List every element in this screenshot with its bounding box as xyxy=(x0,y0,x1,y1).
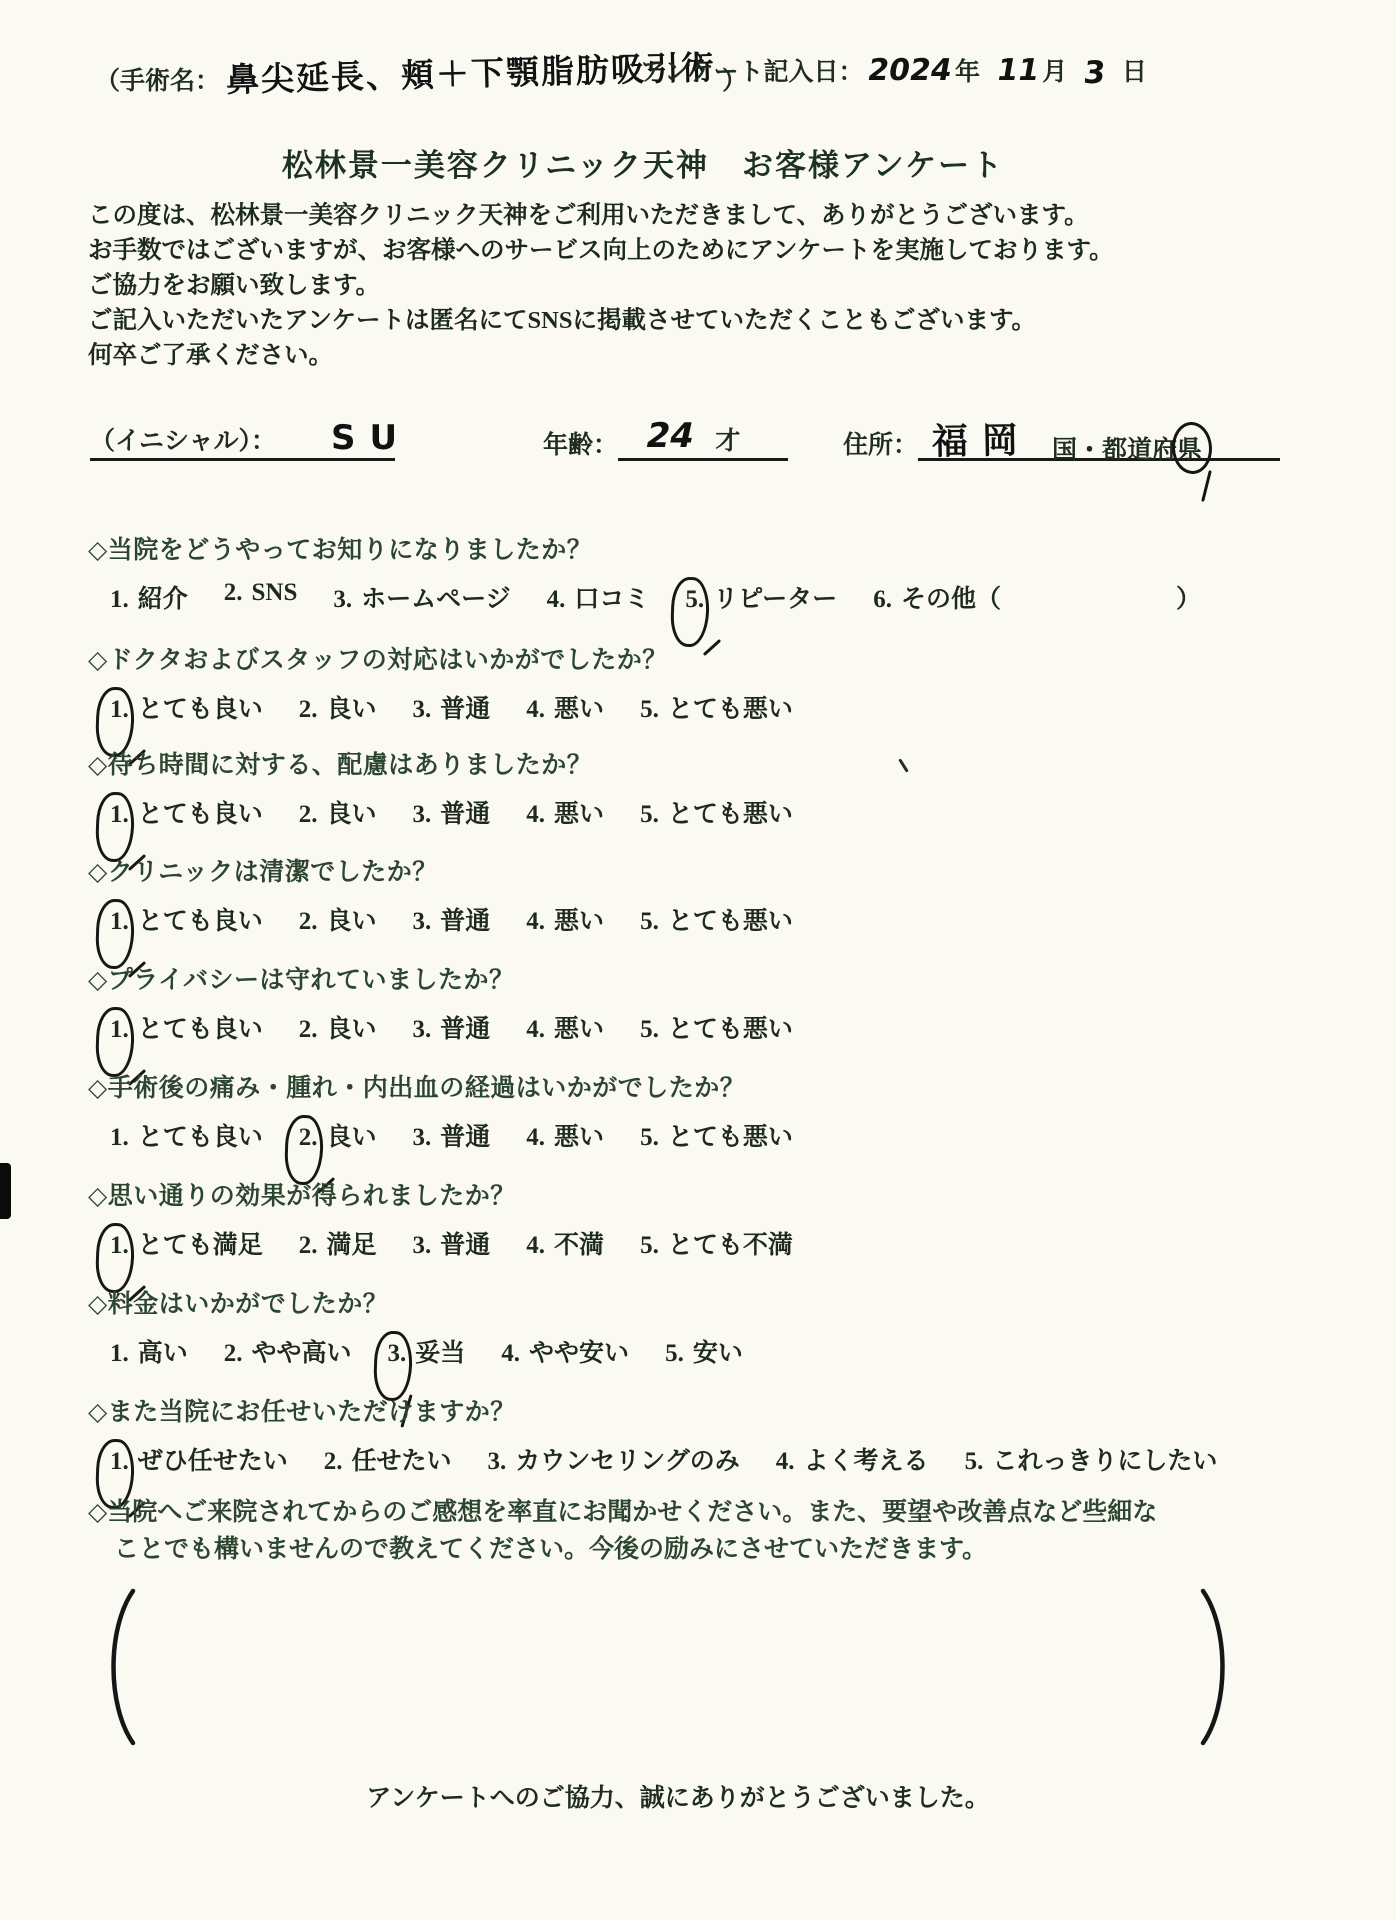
question-block-5: ◇プライバシーは守れていましたか？ 1.とても良い 2.良い 3.普通 4.悪い… xyxy=(88,960,1388,1045)
option: 3.カウンセリングのみ xyxy=(488,1441,740,1477)
date-month-handwritten: 11 xyxy=(993,53,1041,88)
scan-edge-artifact xyxy=(0,1163,11,1219)
option-label: 普通 xyxy=(440,689,490,725)
scanned-survey-page: （手術名：鼻尖延長、頬＋下顎脂肪吸引術） アンケート記入日：2024年 11月 … xyxy=(0,0,1396,1920)
option-number-circled: 2. xyxy=(299,1124,318,1152)
option: 4.悪い xyxy=(526,1009,604,1045)
option: 1.ぜひ任せたい xyxy=(110,1441,288,1477)
intro-line: ご記入いただいたアンケートは匿名にてSNSに掲載させていただくこともございます。 xyxy=(88,303,1338,338)
survey-date-line: アンケート記入日：2024年 11月 3 日 xyxy=(640,52,1147,88)
question-options: 1.とても満足 2.満足 3.普通 4.不満 5.とても不満 xyxy=(110,1225,1388,1261)
option: 4.やや安い xyxy=(501,1333,629,1369)
option: 1.紹介 xyxy=(110,579,188,615)
question-options: 1.とても良い 2.良い 3.普通 4.悪い 5.とても悪い xyxy=(110,1009,1388,1045)
option-label: 妥当 xyxy=(415,1333,465,1369)
option-label: やや安い xyxy=(529,1333,629,1369)
option-label: 普通 xyxy=(440,1009,490,1045)
option: 3.普通 xyxy=(413,1117,491,1153)
option-label: とても良い xyxy=(138,901,263,937)
option-label: 悪い xyxy=(554,901,604,937)
date-year-handwritten: 2024 xyxy=(864,53,954,88)
option: 4.悪い xyxy=(526,901,604,937)
option-number: 4. xyxy=(526,1124,545,1152)
option-number: 4. xyxy=(547,586,566,614)
option: 4.口コミ xyxy=(547,579,650,615)
intro-line: 何卒ご了承ください。 xyxy=(88,338,1338,373)
date-day-handwritten: 3 xyxy=(1082,55,1107,91)
option-label: やや高い xyxy=(252,1333,352,1369)
option-label: 悪い xyxy=(554,1117,604,1153)
option-number: 4. xyxy=(776,1448,795,1476)
question-heading: ◇ドクタおよびスタッフの対応はいかがでしたか？ xyxy=(88,640,1388,676)
option-label: 良い xyxy=(327,1009,377,1045)
option: 5.とても悪い xyxy=(640,1117,793,1153)
option-number: 5. xyxy=(640,1016,659,1044)
intro-line: お手数ではございますが、お客様へのサービス向上のためにアンケートを実施しておりま… xyxy=(88,233,1338,268)
surgery-label-prefix: （手術名： xyxy=(95,68,220,95)
option-number: 2. xyxy=(224,579,243,607)
option-number: 1. xyxy=(110,1124,129,1152)
age-value-handwritten: 24 xyxy=(642,416,698,456)
option: 5.とても悪い xyxy=(640,1009,793,1045)
option: 4.よく考える xyxy=(776,1441,929,1477)
option: 4.悪い xyxy=(526,794,604,830)
option-number: 4. xyxy=(526,908,545,936)
option-number: 4. xyxy=(526,696,545,724)
question-block-3: ◇待ち時間に対する、配慮はありましたか？ 1.とても良い 2.良い 3.普通 4… xyxy=(88,745,1388,830)
option-label: 安い xyxy=(693,1333,743,1369)
question-block-2: ◇ドクタおよびスタッフの対応はいかがでしたか？ 1.とても良い 2.良い 3.普… xyxy=(88,640,1388,725)
option: 1.高い xyxy=(110,1333,188,1369)
option: 1.とても満足 xyxy=(110,1225,263,1261)
date-month-unit: 月 xyxy=(1042,59,1067,86)
option-number: 4. xyxy=(526,801,545,829)
option: 4.悪い xyxy=(526,1117,604,1153)
option-label: とても悪い xyxy=(668,794,793,830)
option-label: その他（ ） xyxy=(901,579,1201,615)
option-number: 3. xyxy=(413,908,432,936)
question-block-1: ◇当院をどうやってお知りになりましたか？ 1.紹介 2.SNS 3.ホームページ… xyxy=(88,530,1388,615)
option-label: とても悪い xyxy=(668,901,793,937)
option: 3.妥当 xyxy=(388,1333,466,1369)
option-number: 6. xyxy=(873,586,892,614)
free-comment-prompt: ◇当院へご来院されてからのご感想を率直にお聞かせください。また、要望や改善点など… xyxy=(88,1494,1368,1568)
address-region-label: 国・都道府 xyxy=(1052,437,1177,464)
option-label: とても悪い xyxy=(668,1117,793,1153)
age-label: 年齢： xyxy=(543,432,618,459)
address-field: 住所：福岡国・都道府県 xyxy=(843,418,1280,461)
question-options: 1.紹介 2.SNS 3.ホームページ 4.口コミ 5.リピーター 6.その他（… xyxy=(110,579,1388,615)
question-block-9: ◇また当院にお任せいただけますか？ 1.ぜひ任せたい 2.任せたい 3.カウンセ… xyxy=(88,1392,1388,1477)
closing-thanks: アンケートへのご協力、誠にありがとうございました。 xyxy=(0,1778,1376,1814)
option-number: 2. xyxy=(299,696,318,724)
question-block-8: ◇料金はいかがでしたか？ 1.高い 2.やや高い 3.妥当 4.やや安い 5.安… xyxy=(88,1284,1388,1369)
question-options: 1.とても良い 2.良い 3.普通 4.悪い 5.とても悪い xyxy=(110,689,1388,725)
option-number: 3. xyxy=(413,1124,432,1152)
option-number: 5. xyxy=(640,801,659,829)
intro-line: ご協力をお願い致します。 xyxy=(88,268,1338,303)
option-number-circled: 1. xyxy=(110,1448,129,1476)
option-number: 2. xyxy=(299,908,318,936)
option-number: 1. xyxy=(110,586,129,614)
address-ken-circled: 県 xyxy=(1177,430,1202,466)
option-label: 高い xyxy=(138,1333,188,1369)
option: 2.SNS xyxy=(224,579,298,615)
option: 1.とても良い xyxy=(110,1117,263,1153)
question-block-7: ◇思い通りの効果が得られましたか？ 1.とても満足 2.満足 3.普通 4.不満… xyxy=(88,1176,1388,1261)
initial-value-handwritten: SU xyxy=(331,418,411,458)
question-options: 1.高い 2.やや高い 3.妥当 4.やや安い 5.安い xyxy=(110,1333,1388,1369)
question-heading: ◇クリニックは清潔でしたか？ xyxy=(88,852,1388,888)
initial-label: （イニシャル）： xyxy=(90,428,276,455)
option-label: とても不満 xyxy=(668,1225,793,1261)
question-options: 1.とても良い 2.良い 3.普通 4.悪い 5.とても悪い xyxy=(110,901,1388,937)
option-number-circled: 1. xyxy=(110,696,129,724)
option-label: リピーター xyxy=(713,579,837,615)
option: 2.任せたい xyxy=(324,1441,452,1477)
question-heading: ◇また当院にお任せいただけますか？ xyxy=(88,1392,1388,1428)
option: 3.普通 xyxy=(413,794,491,830)
option: 3.普通 xyxy=(413,901,491,937)
option-number-circled: 1. xyxy=(110,801,129,829)
option-label: 普通 xyxy=(440,1225,490,1261)
free-comment-line: ◇当院へご来院されてからのご感想を率直にお聞かせください。また、要望や改善点など… xyxy=(88,1494,1368,1531)
option-number: 5. xyxy=(640,908,659,936)
question-block-6: ◇手術後の痛み・腫れ・内出血の経過はいかがでしたか？ 1.とても良い 2.良い … xyxy=(88,1068,1388,1153)
option: 3.普通 xyxy=(413,689,491,725)
question-heading: ◇思い通りの効果が得られましたか？ xyxy=(88,1176,1388,1212)
option: 1.とても良い xyxy=(110,901,263,937)
date-day-unit: 日 xyxy=(1122,59,1147,86)
option: 5.リピーター xyxy=(685,579,837,615)
option: 1.とても良い xyxy=(110,794,263,830)
option-label: 悪い xyxy=(554,1009,604,1045)
option-number-circled: 1. xyxy=(110,1232,129,1260)
option-number-circled: 3. xyxy=(388,1340,407,1368)
option-number: 3. xyxy=(488,1448,507,1476)
option-number-circled: 1. xyxy=(110,908,129,936)
question-heading: ◇待ち時間に対する、配慮はありましたか？ xyxy=(88,745,1388,781)
comment-area-right-bracket xyxy=(1198,1586,1236,1748)
free-comment-line: ことでも構いませんので教えてください。今後の励みにさせていただきます。 xyxy=(114,1531,1368,1568)
option-number: 3. xyxy=(413,1232,432,1260)
option: 2.良い xyxy=(299,901,377,937)
option-label: カウンセリングのみ xyxy=(515,1441,740,1477)
option: 5.安い xyxy=(665,1333,743,1369)
option: 5.とても悪い xyxy=(640,689,793,725)
option-label: とても良い xyxy=(138,689,263,725)
option-label: とても良い xyxy=(138,794,263,830)
address-value-handwritten: 福岡 xyxy=(931,412,1032,465)
option-label: これっきりにしたい xyxy=(992,1441,1217,1477)
question-options: 1.とても良い 2.良い 3.普通 4.悪い 5.とても悪い xyxy=(110,1117,1388,1153)
option-number: 2. xyxy=(299,1232,318,1260)
option: 5.とても不満 xyxy=(640,1225,793,1261)
option: 2.良い xyxy=(299,1009,377,1045)
option: 6.その他（ ） xyxy=(873,579,1201,615)
option-label: SNS xyxy=(252,579,298,607)
option-label: 不満 xyxy=(554,1225,604,1261)
option-number: 3. xyxy=(333,586,352,614)
option-number: 3. xyxy=(413,801,432,829)
option-label: 普通 xyxy=(440,794,490,830)
option-label: 普通 xyxy=(440,1117,490,1153)
comment-area-left-bracket xyxy=(100,1586,138,1748)
option-number-circled: 5. xyxy=(685,586,704,614)
option-label: 任せたい xyxy=(352,1441,452,1477)
option-label: とても悪い xyxy=(668,689,793,725)
option-label: よく考える xyxy=(804,1441,929,1477)
option: 2.満足 xyxy=(299,1225,377,1261)
option-label: 普通 xyxy=(440,901,490,937)
option: 5.とても悪い xyxy=(640,901,793,937)
question-heading: ◇当院をどうやってお知りになりましたか？ xyxy=(88,530,1388,566)
intro-line: この度は、松林景一美容クリニック天神をご利用いただきまして、ありがとうございます… xyxy=(88,198,1338,233)
option: 2.良い xyxy=(299,689,377,725)
question-heading: ◇手術後の痛み・腫れ・内出血の経過はいかがでしたか？ xyxy=(88,1068,1388,1104)
option: 4.不満 xyxy=(526,1225,604,1261)
date-label: アンケート記入日： xyxy=(640,59,864,86)
option-label: 満足 xyxy=(327,1225,377,1261)
option-label: 良い xyxy=(327,689,377,725)
option: 3.普通 xyxy=(413,1225,491,1261)
option-number: 4. xyxy=(501,1340,520,1368)
option-label: 口コミ xyxy=(574,579,649,615)
option: 1.とても良い xyxy=(110,1009,263,1045)
option: 2.良い xyxy=(299,794,377,830)
date-year-unit: 年 xyxy=(955,59,980,86)
option-number: 4. xyxy=(526,1016,545,1044)
option-label: とても満足 xyxy=(138,1225,263,1261)
option-label: 良い xyxy=(327,901,377,937)
option: 1.とても良い xyxy=(110,689,263,725)
initial-field: （イニシャル）：SU xyxy=(90,418,395,461)
option: 3.ホームページ xyxy=(333,579,510,615)
option-number: 3. xyxy=(413,696,432,724)
option-number: 5. xyxy=(665,1340,684,1368)
question-heading: ◇プライバシーは守れていましたか？ xyxy=(88,960,1388,996)
option-number: 3. xyxy=(413,1016,432,1044)
option-number: 4. xyxy=(526,1232,545,1260)
option: 4.悪い xyxy=(526,689,604,725)
option-label: 良い xyxy=(327,794,377,830)
option-label: 悪い xyxy=(554,794,604,830)
option-number: 2. xyxy=(299,1016,318,1044)
question-options: 1.ぜひ任せたい 2.任せたい 3.カウンセリングのみ 4.よく考える 5.これ… xyxy=(110,1441,1388,1477)
option-number: 2. xyxy=(224,1340,243,1368)
option-label: ホームページ xyxy=(361,579,511,615)
option-label: とても良い xyxy=(138,1117,263,1153)
age-unit: 才 xyxy=(715,428,740,455)
option-label: とても良い xyxy=(138,1009,263,1045)
option-label: 悪い xyxy=(554,689,604,725)
option-number: 2. xyxy=(299,801,318,829)
option: 5.これっきりにしたい xyxy=(965,1441,1218,1477)
option-label: 良い xyxy=(327,1117,377,1153)
age-field: 年齢：24才 xyxy=(543,418,788,461)
option: 2.良い xyxy=(299,1117,377,1153)
option-label: とても悪い xyxy=(668,1009,793,1045)
option: 3.普通 xyxy=(413,1009,491,1045)
question-heading: ◇料金はいかがでしたか？ xyxy=(88,1284,1388,1320)
address-label: 住所： xyxy=(843,432,918,459)
option-number: 5. xyxy=(640,1124,659,1152)
option: 2.やや高い xyxy=(224,1333,352,1369)
option: 5.とても悪い xyxy=(640,794,793,830)
intro-paragraph: この度は、松林景一美容クリニック天神をご利用いただきまして、ありがとうございます… xyxy=(88,198,1338,373)
option-label: 紹介 xyxy=(138,579,188,615)
question-block-4: ◇クリニックは清潔でしたか？ 1.とても良い 2.良い 3.普通 4.悪い 5.… xyxy=(88,852,1388,937)
option-number: 1. xyxy=(110,1340,129,1368)
option-number: 2. xyxy=(324,1448,343,1476)
option-number-circled: 1. xyxy=(110,1016,129,1044)
option-number: 5. xyxy=(640,1232,659,1260)
option-number: 5. xyxy=(965,1448,984,1476)
question-options: 1.とても良い 2.良い 3.普通 4.悪い 5.とても悪い xyxy=(110,794,1388,830)
option-label: ぜひ任せたい xyxy=(138,1441,288,1477)
page-title: 松林景一美容クリニック天神 お客様アンケート xyxy=(0,140,1341,185)
option-number: 5. xyxy=(640,696,659,724)
